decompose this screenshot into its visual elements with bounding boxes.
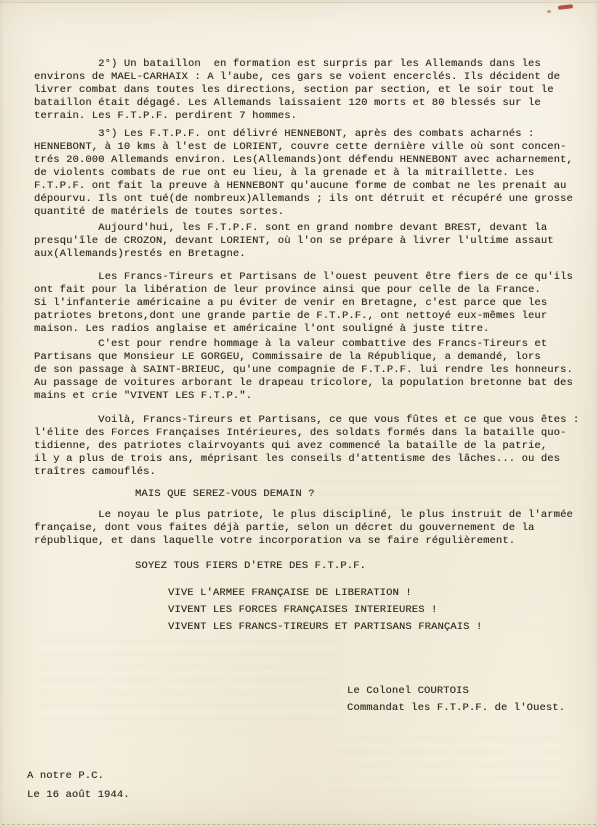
- red-pen-mark: [558, 4, 573, 10]
- ink-bleed-through-texture: [40, 640, 340, 732]
- proud-line-ftpf: SOYEZ TOUS FIERS D'ETRE DES F.T.P.F.: [135, 560, 366, 573]
- ink-bleed-through-texture: [330, 738, 560, 798]
- footer-date-line: Le 16 août 1944.: [27, 789, 130, 802]
- paragraph-voila-elite-ffi: Voilà, Francs-Tireurs et Partisans, ce q…: [34, 414, 582, 479]
- paragraph-hommage-le-gorgeu: C'est pour rendre hommage à la valeur co…: [34, 338, 582, 403]
- footer-place-line: A notre P.C.: [27, 770, 104, 783]
- scanned-document-page: 2°) Un bataillon en formation est surpri…: [0, 0, 598, 828]
- signature-name: Le Colonel COURTOIS: [347, 685, 469, 698]
- paragraph-hennebont-delivrance: 3°) Les F.T.P.F. ont délivré HENNEBONT, …: [34, 128, 582, 219]
- paragraph-aujourdhui-brest-crozon: Aujourd'hui, les F.T.P.F. sont en grand …: [34, 222, 582, 261]
- red-pen-dot: [547, 10, 551, 13]
- paragraph-bataillon-mael-carhaix: 2°) Un bataillon en formation est surpri…: [34, 58, 582, 123]
- slogan-vivent-ftpf: VIVENT LES FRANCS-TIREURS ET PARTISANS F…: [168, 621, 482, 634]
- slogan-vivent-ffi: VIVENT LES FORCES FRANÇAISES INTERIEURES…: [168, 604, 437, 617]
- scan-top-edge-line: [0, 2, 598, 3]
- question-heading-demain: MAIS QUE SEREZ-VOUS DEMAIN ?: [135, 488, 315, 501]
- paragraph-noyau-armee: Le noyau le plus patriote, le plus disci…: [34, 509, 582, 548]
- scan-bottom-edge-line: [2, 824, 596, 825]
- paragraph-fiers-liberation: Les Francs-Tireurs et Partisans de l'oue…: [34, 271, 582, 336]
- signature-role: Commandat les F.T.P.F. de l'Ouest.: [347, 702, 565, 715]
- slogan-vive-armee-liberation: VIVE L'ARMEE FRANÇAISE DE LIBERATION !: [168, 587, 412, 600]
